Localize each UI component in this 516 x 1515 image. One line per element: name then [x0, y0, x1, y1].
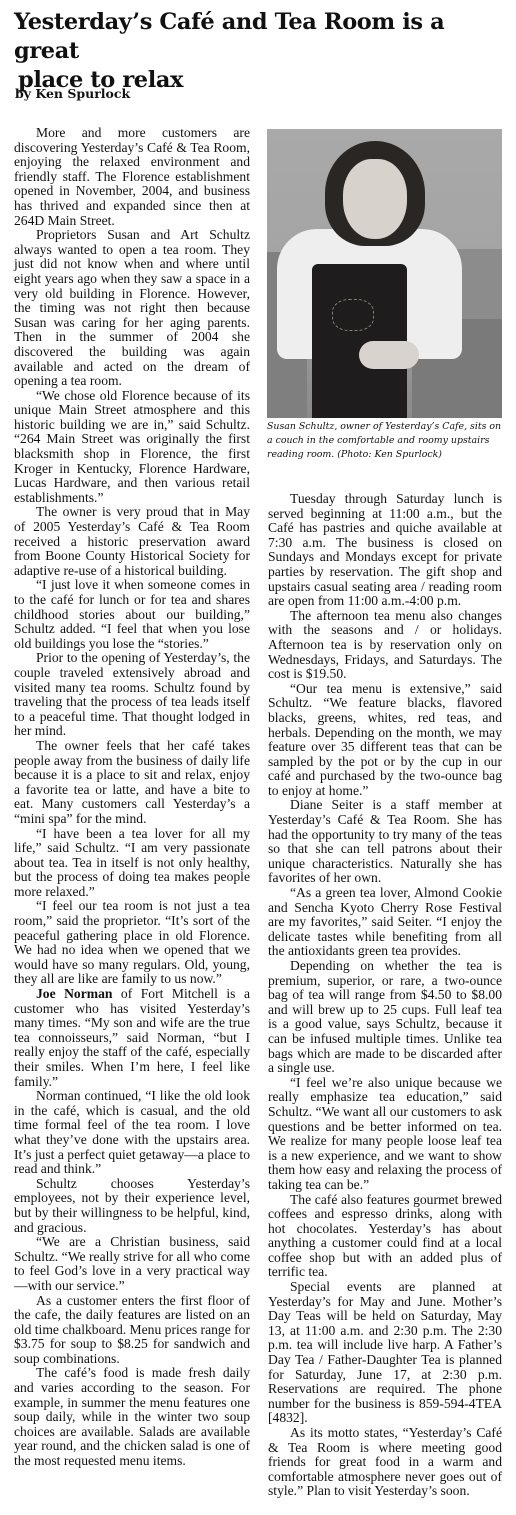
paragraph: Prior to the opening of Yesterday’s, the…	[14, 651, 250, 739]
hands	[359, 341, 419, 369]
paragraph: “We are a Christian business, said Schul…	[14, 1235, 250, 1293]
paragraph: “I feel we’re also unique because we rea…	[268, 1076, 502, 1193]
left-column: More and more customers are discovering …	[14, 126, 250, 1469]
headline-line-1: Yesterday’s Café and Tea Room is a great	[14, 9, 444, 64]
paragraph: Schultz chooses Yesterday’s employees, n…	[14, 1177, 250, 1235]
paragraph: Tuesday through Saturday lunch is served…	[268, 492, 502, 609]
photo-caption: Susan Schultz, owner of Yesterday’s Cafe…	[267, 420, 503, 462]
apron-embroidery	[332, 299, 374, 331]
paragraph: Special events are planned at Yesterday’…	[268, 1280, 502, 1426]
article-headline: Yesterday’s Café and Tea Room is a great…	[14, 8, 504, 95]
paragraph: As its motto states, “Yesterday’s Café &…	[268, 1426, 502, 1499]
paragraph: Depending on whether the tea is premium,…	[268, 959, 502, 1076]
paragraph: The owner feels that her café takes peop…	[14, 739, 250, 827]
paragraph: “Our tea menu is extensive,” said Schult…	[268, 682, 502, 799]
paragraph: “We chose old Florence because of its un…	[14, 389, 250, 506]
paragraph: As a customer enters the first floor of …	[14, 1294, 250, 1367]
owner-photo	[267, 129, 502, 418]
paragraph: Proprietors Susan and Art Schultz always…	[14, 228, 250, 389]
paragraph: “I feel our tea room is not just a tea r…	[14, 899, 250, 987]
paragraph: Norman continued, “I like the old look i…	[14, 1089, 250, 1177]
paragraph: Diane Seiter is a staff member at Yester…	[268, 798, 502, 886]
paragraph: The afternoon tea menu also changes with…	[268, 609, 502, 682]
face	[343, 159, 407, 239]
paragraph: The café also features gourmet brewed co…	[268, 1193, 502, 1281]
paragraph: More and more customers are discovering …	[14, 126, 250, 228]
right-column: Tuesday through Saturday lunch is served…	[268, 492, 502, 1499]
paragraph-with-lead: Joe Norman of Fort Mitchell is a custome…	[14, 987, 250, 1089]
paragraph: “I just love it when someone comes in to…	[14, 578, 250, 651]
bold-lead-name: Joe Norman	[36, 986, 112, 1001]
paragraph: The owner is very proud that in May of 2…	[14, 505, 250, 578]
paragraph-text: of Fort Mitchell is a customer who has v…	[14, 986, 250, 1089]
byline: by Ken Spurlock	[15, 86, 130, 101]
paragraph: “As a green tea lover, Almond Cookie and…	[268, 886, 502, 959]
paragraph: The café’s food is made fresh daily and …	[14, 1366, 250, 1468]
paragraph: “I have been a tea lover for all my life…	[14, 827, 250, 900]
